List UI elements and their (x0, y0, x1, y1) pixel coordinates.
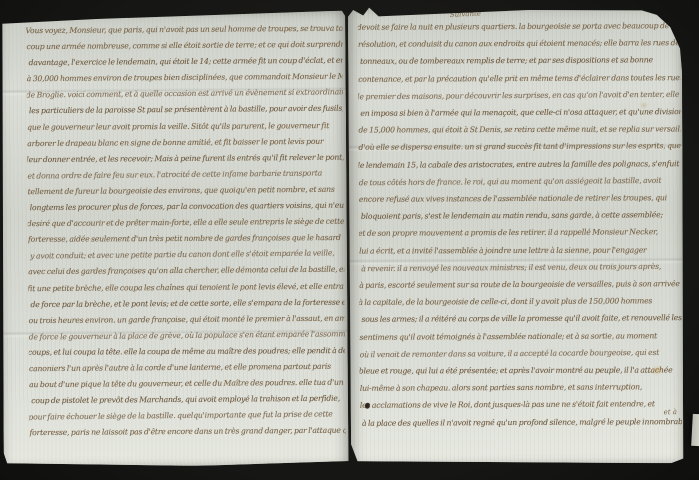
manuscript-line: le premier des maisons, pour découvrir l… (358, 86, 680, 106)
manuscript-line: le lendemain 15, la cabale des aristocra… (358, 155, 681, 174)
ink-blot (365, 403, 370, 409)
manuscript-line: de 15,000 hommes, qui étoit à St Denis, … (358, 121, 680, 139)
manuscript-page-left: Vous voyez, Monsieur, que paris, qui n'a… (0, 11, 349, 468)
manuscript-line: à revenir. il a renvoyé les nouveaux min… (361, 258, 681, 278)
manuscript-line: forteresse, paris ne laissoit pas d'être… (29, 423, 345, 442)
paper-stain (639, 101, 648, 109)
manuscript-line: que le gouverneur leur avoit promis la v… (27, 118, 343, 136)
manuscript-line: fit une petite brèche, elle coupa les ch… (27, 278, 344, 297)
manuscript-line: coups, et lui coupa la tête. elle la cou… (28, 343, 345, 361)
manuscript-line: devoit se faire la nuit en plusieurs qua… (358, 17, 680, 36)
scanned-manuscript: Vous voyez, Monsieur, que paris, qui n'a… (0, 0, 699, 480)
manuscript-line: où il venoit de remonter dans sa voiture… (360, 344, 682, 364)
paper-stain (651, 365, 664, 375)
manuscript-line: à la place des quelles il n'avoit regné … (362, 413, 682, 432)
handwritten-text-left: Vous voyez, Monsieur, que paris, qui n'a… (26, 21, 345, 463)
manuscript-line: et donna ordre de faire feu sur eux. l'a… (27, 165, 343, 184)
manuscript-line: contenance, et par la précaution qu'elle… (358, 69, 680, 88)
manuscript-line: encore refusé aux vives instances de l'a… (359, 189, 681, 208)
manuscript-line: bloquoient paris, s'est le lendemain au … (361, 206, 681, 225)
manuscript-line: bleue et rouge, qui lui a été présentée;… (359, 362, 682, 380)
manuscript-line: lui-même à son chapeau. alors sont parti… (360, 378, 682, 397)
manuscript-line: les particuliers de la paroisse St paul … (29, 101, 343, 120)
manuscript-line: en imposa si bien à l'armée qui la menaç… (360, 103, 680, 122)
manuscript-page-right: Suivante devoit se faire la nuit en plus… (348, 5, 684, 465)
manuscript-line: d'où elle se dispersa ensuite. un si gra… (358, 138, 680, 157)
manuscript-line: les acclamations de vive le Roi, dont ju… (360, 396, 682, 415)
manuscript-line: tonneaux, ou de tombereaux remplis de te… (360, 52, 680, 71)
manuscript-line: à paris, escorté seulement sur sa route … (359, 275, 681, 294)
manuscript-line: de tous côtés hors de france. le roi, qu… (359, 172, 681, 192)
manuscript-line: sentimens qu'il avoit témoignés à l'asse… (359, 327, 681, 346)
manuscript-line: sous les armes; il a réitéré au corps de… (361, 310, 681, 329)
manuscript-line: résolution, et conduisit du canon aux en… (358, 34, 680, 53)
manuscript-line: avec celui des gardes françoises qu'on a… (28, 262, 344, 281)
catchword: et à (664, 408, 677, 416)
handwritten-text-right: devoit se faire la nuit en plusieurs qua… (358, 17, 682, 461)
manuscript-line: lui a écrit, et a invité l'assemblée à j… (359, 241, 681, 259)
underlying-page-corner (691, 414, 699, 446)
manuscript-line: et de son propre mouvement a promis de l… (358, 224, 681, 243)
manuscript-line: à la capitale, de la bourgeoisie de cell… (358, 292, 681, 311)
